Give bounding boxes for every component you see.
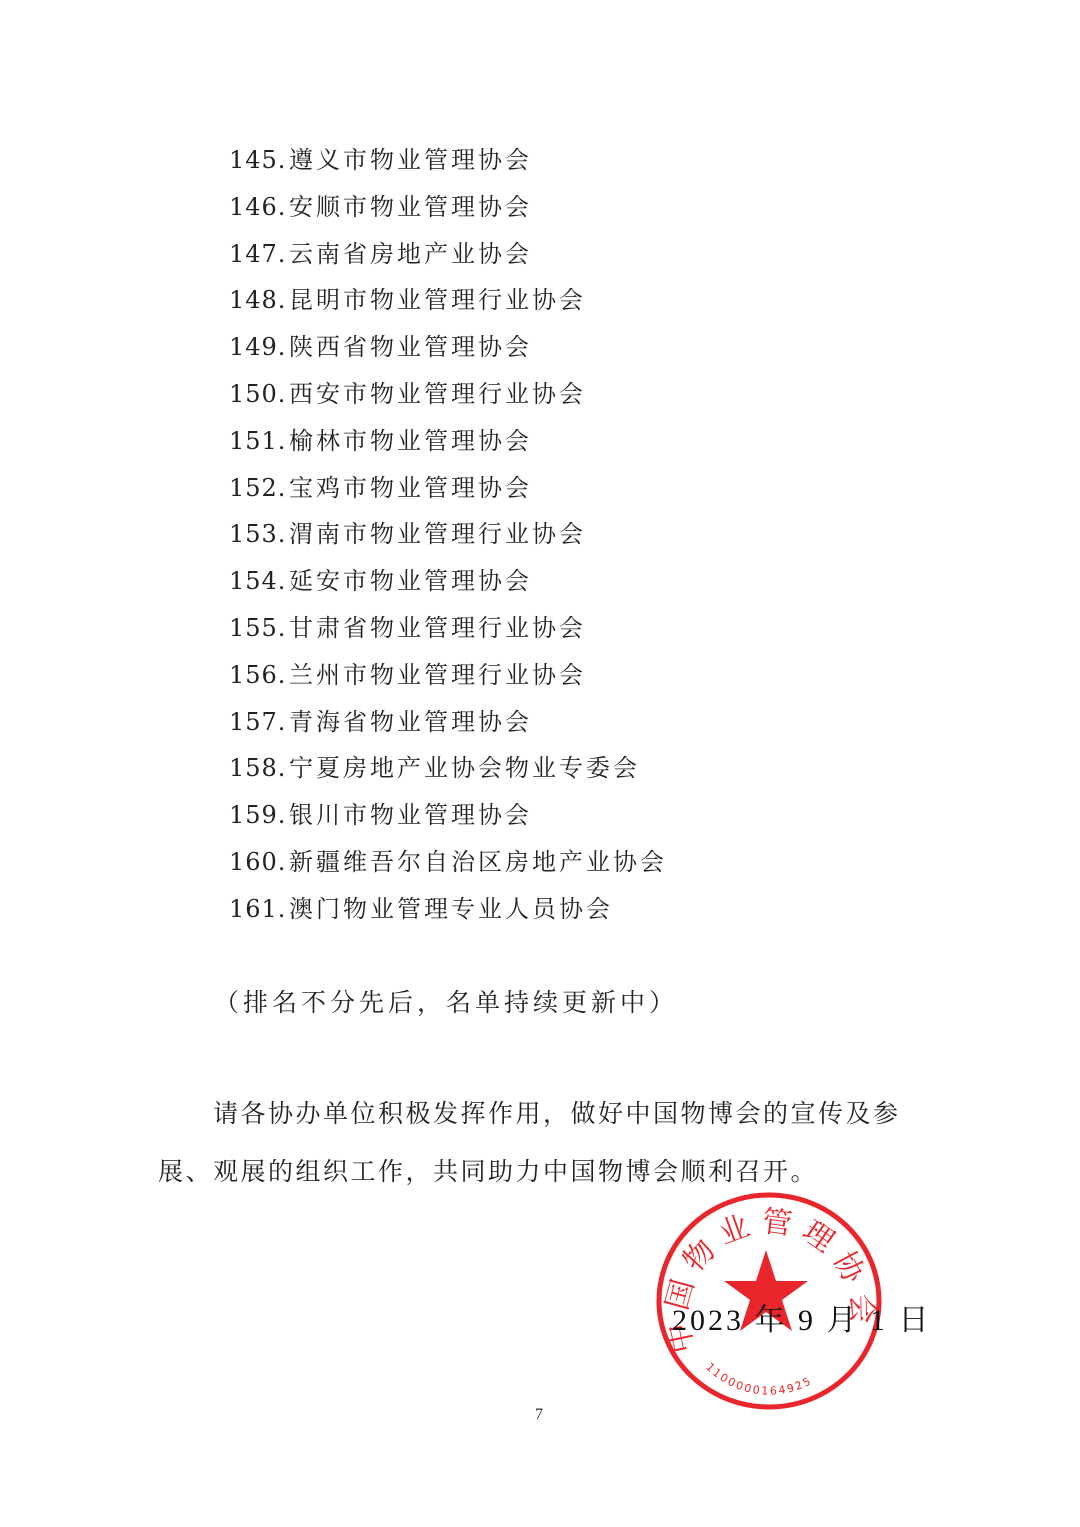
list-item: 147.云南省房地产业协会 (229, 231, 667, 278)
association-list: 145.遵义市物业管理协会 146.安顺市物业管理协会 147.云南省房地产业协… (229, 137, 667, 933)
list-item: 155.甘肃省物业管理行业协会 (229, 605, 667, 652)
list-item: 158.宁夏房地产业协会物业专委会 (229, 745, 667, 792)
list-item: 150.西安市物业管理行业协会 (229, 371, 667, 418)
list-item: 151.榆林市物业管理协会 (229, 418, 667, 465)
list-item: 145.遵义市物业管理协会 (229, 137, 667, 184)
list-item: 149.陕西省物业管理协会 (229, 324, 667, 371)
page-number: 7 (535, 1406, 543, 1424)
list-item: 160.新疆维吾尔自治区房地产业协会 (229, 839, 667, 886)
list-item: 148.昆明市物业管理行业协会 (229, 277, 667, 324)
closing-paragraph: 请各协办单位积极发挥作用，做好中国物博会的宣传及参展、观展的组织工作，共同助力中… (158, 1085, 928, 1201)
list-item: 161.澳门物业管理专业人员协会 (229, 886, 667, 933)
list-item: 152.宝鸡市物业管理协会 (229, 465, 667, 512)
list-item: 159.银川市物业管理协会 (229, 792, 667, 839)
list-item: 146.安顺市物业管理协会 (229, 184, 667, 231)
document-date: 2023 年 9 月 1 日 (672, 1295, 932, 1339)
list-item: 157.青海省物业管理协会 (229, 699, 667, 746)
seal-code-text: 1100000164925 (703, 1360, 814, 1397)
ranking-note: （排名不分先后，名单持续更新中） (214, 983, 678, 1019)
list-item: 154.延安市物业管理协会 (229, 558, 667, 605)
list-item: 153.渭南市物业管理行业协会 (229, 511, 667, 558)
list-item: 156.兰州市物业管理行业协会 (229, 652, 667, 699)
